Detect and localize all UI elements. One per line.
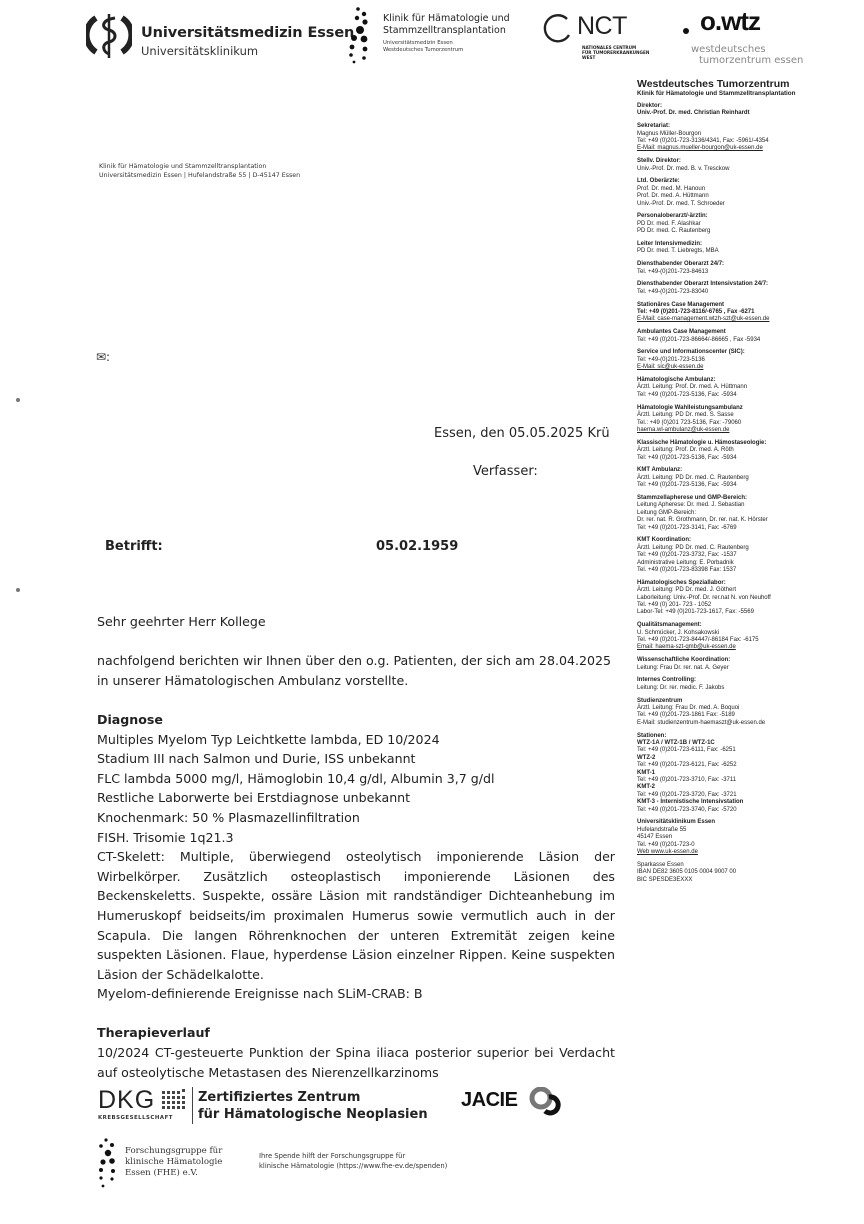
sidebar-block-line: Leitung: Frau Dr. rer. nat. A. Geyer: [637, 665, 862, 672]
dkg-cert-line1: Zertifiziertes Zentrum: [198, 1089, 428, 1106]
author-label: Verfasser:: [473, 464, 538, 479]
sidebar-contact-block: Universitätsklinikum EssenHufelandstraße…: [637, 819, 862, 856]
sidebar-contact-block: Hämatologische Ambulanz:Ärztl. Leitung: …: [637, 377, 862, 399]
sidebar-block-heading: Direktor:: [637, 103, 862, 110]
sidebar-block-heading: Sekretariat:: [637, 123, 862, 130]
sidebar-contact-block: Leiter Intensivmedizin:PD Dr. med. T. Li…: [637, 241, 862, 256]
clinic-logo-title: Klinik für Hämatologie und Stammzelltran…: [383, 13, 510, 37]
sidebar-contact-link[interactable]: E-Mail: magnus.mueller-bourgon@uk-essen.…: [637, 145, 862, 152]
sidebar-block-heading: Wissenschaftliche Koordination:: [637, 657, 862, 664]
sidebar-contact-block: Service und Informationscenter (SIC):Tel…: [637, 349, 862, 371]
therapy-text: 10/2024 CT-gesteuerte Punktion der Spina…: [97, 1043, 615, 1082]
sidebar-block-line: Tel. +49-(0)201-723-83040: [637, 289, 862, 296]
fhe-line1: Forschungsgruppe für: [125, 1146, 222, 1157]
sidebar-block-line: Tel: +49 (0)201-723-3732, Fax: -1537: [637, 552, 862, 559]
sidebar-block-line: Ärztl. Leitung: PD Dr. med. C. Rautenber…: [637, 545, 862, 552]
sidebar-contact-block: Internes Controlling:Leitung: Dr. rer. m…: [637, 677, 862, 692]
university-name: Universitätsmedizin Essen: [141, 25, 354, 41]
sidebar-block-line: Tel: +49 (0)201-723-86664/-86665 , Fax -…: [637, 337, 862, 344]
dkg-subtitle: KREBSGESELLSCHAFT: [98, 1115, 173, 1121]
sidebar-contact-block: Klassische Hämatologie u. Hämostaseologi…: [637, 440, 862, 462]
sidebar-block-line: Tel: +49 (0)201-723-3136/4341, Fax: -596…: [637, 138, 862, 145]
sidebar-block-heading: Stammzellapherese und GMP-Bereich:: [637, 495, 862, 502]
university-subtitle: Universitätsklinikum: [141, 44, 258, 58]
sidebar-block-line: WTZ-2: [637, 755, 862, 762]
sidebar-contact-block: Qualitätsmanagement:U. Schmücker, J. Koh…: [637, 622, 862, 652]
nct-logo-subtitle: NATIONALES CENTRUM FÜR TUMORERKRANKUNGEN…: [582, 45, 649, 60]
sidebar-block-line: Ärztl. Leitung: PD Dr. med. S. Sasse: [637, 412, 862, 419]
sidebar-block-line: Leitung GMP-Bereich:: [637, 510, 862, 517]
sidebar-block-line: Tel. +49 (0) 201- 723 - 1052: [637, 602, 862, 609]
sidebar-block-line: WTZ-1A / WTZ-1B / WTZ-1C: [637, 740, 862, 747]
sidebar-block-heading: Hämatologie Wahlleistungsambulanz: [637, 405, 862, 412]
sidebar-block-line: Leitung Apherese: Dr. med. J. Sebastian: [637, 502, 862, 509]
sidebar-contact-block: Ltd. Oberärzte:Prof. Dr. med. M. HanounP…: [637, 178, 862, 208]
sidebar-contact-link[interactable]: Email: haema-szt-qmb@uk-essen.de: [637, 644, 862, 651]
scan-speck: [16, 588, 20, 592]
sidebar-contact-block: Hämatologie WahlleistungsambulanzÄrztl. …: [637, 405, 862, 435]
sidebar-block-heading: Stellv. Direktor:: [637, 158, 862, 165]
sidebar-contact-block: Wissenschaftliche Koordination:Leitung: …: [637, 657, 862, 672]
clinic-logo-sub-line2: Westdeutsches Tumorzentrum: [383, 47, 463, 54]
dkg-certification: Zertifiziertes Zentrum für Hämatologisch…: [198, 1089, 428, 1123]
sidebar-block-line: BIC SPESDE3EXXX: [637, 877, 862, 884]
sidebar-block-heading: KMT Koordination:: [637, 537, 862, 544]
sidebar-block-line: Tel: +49 (0)201-723-5136, Fax: -5934: [637, 482, 862, 489]
dkg-dot-grid-icon: [162, 1089, 188, 1111]
sidebar-block-heading: Diensthabender Oberarzt 24/7:: [637, 261, 862, 268]
clinic-logo-sub-line1: Universitätsmedizin Essen: [383, 40, 463, 47]
sidebar-block-line: Tel: +49 (0)201-723-5136, Fax: -5934: [637, 392, 862, 399]
intro-paragraph: nachfolgend berichten wir Ihnen über den…: [97, 651, 615, 690]
nct-circle-logo-icon: [541, 13, 573, 45]
sidebar-block-heading: Diensthabender Oberarzt Intensivstation …: [637, 281, 862, 288]
sidebar-contact-block: Stellv. Direktor:Univ.-Prof. Dr. med. B.…: [637, 158, 862, 173]
sidebar-block-line: Magnus Müller-Bourgon: [637, 131, 862, 138]
fhe-dots-logo-icon: [98, 1137, 120, 1189]
patient-birthdate: 05.02.1959: [376, 539, 458, 554]
sidebar-block-line: Labor-Tel: +49 (0)201-723-1617, Fax: -55…: [637, 609, 862, 616]
sidebar-block-line: Tel. +49 (0)201-723-1861 Fax: -5189: [637, 712, 862, 719]
therapy-heading: Therapieverlauf: [97, 1023, 615, 1043]
contact-sidebar: Westdeutsches Tumorzentrum Klinik für Hä…: [637, 78, 862, 890]
spacer: [97, 1004, 615, 1024]
university-medicine-logo-icon: [86, 10, 132, 60]
diagnosis-line: FISH. Trisomie 1q21.3: [97, 828, 615, 848]
sidebar-block-heading: Internes Controlling:: [637, 677, 862, 684]
sidebar-block-line: Univ.-Prof. Dr. med. B. v. Tresckow: [637, 166, 862, 173]
sidebar-block-line: 45147 Essen: [637, 834, 862, 841]
sidebar-block-line: Hufelandstraße 55: [637, 827, 862, 834]
nct-logo-mark: NCT: [577, 12, 627, 41]
sidebar-contact-block: Diensthabender Oberarzt Intensivstation …: [637, 281, 862, 296]
sidebar-block-line: Sparkasse Essen: [637, 862, 862, 869]
sidebar-contact-block: KMT Koordination:Ärztl. Leitung: PD Dr. …: [637, 537, 862, 574]
sidebar-block-line: KMT-2: [637, 784, 862, 791]
sidebar-title: Westdeutsches Tumorzentrum: [637, 78, 862, 90]
sidebar-block-line: U. Schmücker, J. Kohsakowski: [637, 630, 862, 637]
sidebar-block-line: Univ.-Prof. Dr. med. Christian Reinhardt: [637, 110, 862, 117]
diagnosis-line: Stadium III nach Salmon und Durie, ISS u…: [97, 749, 615, 769]
sidebar-block-line: Tel. +49-(0)201-723-84613: [637, 269, 862, 276]
sidebar-contact-link[interactable]: E-Mail: case-management.wtzh-szt@uk-esse…: [637, 316, 862, 323]
sidebar-contact-block: Sekretariat:Magnus Müller-BourgonTel: +4…: [637, 123, 862, 153]
dkg-cert-line2: für Hämatologische Neoplasien: [198, 1106, 428, 1123]
dkg-logo-mark: DKG: [98, 1086, 155, 1115]
sidebar-contact-block: Stationäres Case ManagementTel: +49 (0)2…: [637, 302, 862, 324]
donation-note: Ihre Spende hilft der Forschungsgruppe f…: [259, 1151, 447, 1171]
sidebar-block-heading: Stationen:: [637, 733, 862, 740]
sidebar-block-line: Tel: +49 (0)201-723-3740, Fax: -5720: [637, 807, 862, 814]
sidebar-contact-block: Hämatologisches Speziallabor:Ärztl. Leit…: [637, 580, 862, 617]
sidebar-block-heading: KMT Ambulanz:: [637, 467, 862, 474]
sidebar-block-line: Tel: +49 (0)201-723-3710, Fax: -3711: [637, 777, 862, 784]
sidebar-block-heading: Qualitätsmanagement:: [637, 622, 862, 629]
sidebar-contact-block: Ambulantes Case ManagementTel: +49 (0)20…: [637, 329, 862, 344]
clinic-logo-title-line1: Klinik für Hämatologie und: [383, 13, 510, 25]
sidebar-contact-block: Stationen:WTZ-1A / WTZ-1B / WTZ-1CTel: +…: [637, 733, 862, 814]
sidebar-block-line: Ärztl. Leitung: Prof. Dr. med. A. Hüttma…: [637, 384, 862, 391]
sidebar-block-line: Ärztl. Leitung: Frau Dr. med. A. Boquoi: [637, 705, 862, 712]
sidebar-block-line: Dr. rer. nat. R. Grothmann, Dr. rer. nat…: [637, 517, 862, 524]
subject-label: Betrifft:: [105, 539, 163, 554]
sidebar-block-line: Ärztl. Leitung: Prof. Dr. med. A. Röth: [637, 447, 862, 454]
sidebar-block-line: Tel: +49-(0)201-723-5136: [637, 357, 862, 364]
fhe-name: Forschungsgruppe für klinische Hämatolog…: [125, 1146, 222, 1179]
clinic-logo-title-line2: Stammzelltransplantation: [383, 25, 510, 37]
sidebar-block-line: Leitung: Dr. rer. medic. F. Jakobs: [637, 685, 862, 692]
wtz-logo-subtitle: westdeutsches tumorzentrum essen: [691, 44, 803, 66]
sidebar-block-heading: Ambulantes Case Management: [637, 329, 862, 336]
sender-line2: Universitätsmedizin Essen | Hufelandstra…: [99, 171, 300, 180]
sidebar-block-line: Prof. Dr. med. M. Hanoun: [637, 186, 862, 193]
sidebar-block-line: Ärztl. Leitung: PD Dr. med. J. Göthert: [637, 587, 862, 594]
mail-envelope-icon: ✉:: [96, 350, 110, 364]
diagnosis-line: Knochenmark: 50 % Plasmazellinfiltration: [97, 808, 615, 828]
diagnosis-heading: Diagnose: [97, 710, 615, 730]
sidebar-contact-block: Personaloberarzt/-ärztin:PD Dr. med. F. …: [637, 213, 862, 235]
wtz-logo-mark: o.wtz: [700, 6, 760, 37]
sidebar-block-line: Tel: +49 (0)201-723-3720, Fax: -3721: [637, 792, 862, 799]
sidebar-block-line: KMT-1: [637, 770, 862, 777]
sidebar-block-line: Tel: +49 (0)201-723-8116/-6765 , Fax -62…: [637, 309, 862, 316]
sidebar-block-line: PD Dr. med. T. Liebregts, MBA: [637, 248, 862, 255]
scan-speck: [16, 398, 20, 402]
sidebar-contact-block: Sparkasse EssenIBAN DE82 3605 0105 0004 …: [637, 862, 862, 884]
sidebar-block-heading: Stationäres Case Management: [637, 302, 862, 309]
wtz-dot-icon: [683, 28, 689, 34]
sidebar-block-heading: Klassische Hämatologie u. Hämostaseologi…: [637, 440, 862, 447]
jacie-logo-mark: JACIE: [461, 1089, 517, 1112]
sidebar-contact-block: Diensthabender Oberarzt 24/7:Tel. +49-(0…: [637, 261, 862, 276]
sidebar-block-line: PD Dr. med. F. Alashkar: [637, 221, 862, 228]
diagnosis-line: FLC lambda 5000 mg/l, Hämoglobin 10,4 g/…: [97, 769, 615, 789]
sidebar-contact-block: Stammzellapherese und GMP-Bereich:Leitun…: [637, 495, 862, 532]
sidebar-block-line: KMT-3 - Internistische Intensivstation: [637, 799, 862, 806]
sidebar-block-line: Tel: +49 (0)201-723-3141, Fax: -6769: [637, 525, 862, 532]
sidebar-block-line: Tel: +49 (0)201-723-6121, Fax: -6252: [637, 762, 862, 769]
dkg-divider: [192, 1087, 193, 1124]
clinic-dots-logo-icon: [348, 6, 374, 64]
sidebar-block-line: Tel: +49 (0)201-723-5136, Fax: -5934: [637, 455, 862, 462]
ct-skeleton-findings: CT-Skelett: Multiple, überwiegend osteol…: [97, 847, 615, 984]
sidebar-block-line: Laborleitung: Univ.-Prof. Dr. rer.nat N.…: [637, 595, 862, 602]
sidebar-subtitle: Klinik für Hämatologie und Stammzelltran…: [637, 90, 862, 98]
sidebar-contact-blocks: Direktor:Univ.-Prof. Dr. med. Christian …: [637, 103, 862, 884]
diagnosis-line: Multiples Myelom Typ Leichtkette lambda,…: [97, 730, 615, 750]
sidebar-block-line: Tel. +49 (0)201-723-0: [637, 842, 862, 849]
donation-line1: Ihre Spende hilft der Forschungsgruppe f…: [259, 1151, 447, 1161]
greeting: Sehr geehrter Herr Kollege: [97, 612, 615, 632]
sidebar-block-line: IBAN DE82 3605 0105 0004 9007 00: [637, 869, 862, 876]
fhe-line3: Essen (FHE) e.V.: [125, 1168, 222, 1179]
slim-crab-line: Myelom-definierende Ereignisse nach SLiM…: [97, 984, 615, 1004]
sidebar-block-line: Ärztl. Leitung: PD Dr. med. C. Rautenber…: [637, 475, 862, 482]
sidebar-contact-link[interactable]: Web www.uk-essen.de: [637, 849, 862, 856]
sidebar-block-heading: Leiter Intensivmedizin:: [637, 241, 862, 248]
letter-date: Essen, den 05.05.2025 Krü: [434, 426, 610, 441]
sidebar-block-line: Univ.-Prof. Dr. med. T. Schroeder: [637, 201, 862, 208]
sidebar-block-heading: Service und Informationscenter (SIC):: [637, 349, 862, 356]
sidebar-block-line: Tel.: +49 (0)201 723-5136, Fax: -79060: [637, 420, 862, 427]
fhe-line2: klinische Hämatologie: [125, 1157, 222, 1168]
sender-address: Klinik für Hämatologie und Stammzelltran…: [99, 162, 300, 180]
sidebar-contact-block: Direktor:Univ.-Prof. Dr. med. Christian …: [637, 103, 862, 118]
wtz-sub-line2: tumorzentrum essen: [691, 55, 803, 66]
sidebar-block-heading: Studienzentrum: [637, 698, 862, 705]
sidebar-contact-link[interactable]: E-Mail: sic@uk-essen.de: [637, 364, 862, 371]
nct-sub-line3: WEST: [582, 55, 649, 60]
sender-line1: Klinik für Hämatologie und Stammzelltran…: [99, 162, 300, 171]
sidebar-block-line: Tel. +49 (0)201-723-84447/-86184 Fax: -6…: [637, 637, 862, 644]
sidebar-block-line: Administrative Leitung: E. Porbadnik: [637, 560, 862, 567]
sidebar-block-heading: Personaloberarzt/-ärztin:: [637, 213, 862, 220]
sidebar-block-line: Tel. +49 (0)201-723-83398 Fax: 1537: [637, 567, 862, 574]
sidebar-block-heading: Universitätsklinikum Essen: [637, 819, 862, 826]
donation-line2: klinische Hämatologie (https://www.fhe-e…: [259, 1161, 447, 1171]
sidebar-contact-block: KMT Ambulanz:Ärztl. Leitung: PD Dr. med.…: [637, 467, 862, 489]
sidebar-contact-block: StudienzentrumÄrztl. Leitung: Frau Dr. m…: [637, 698, 862, 728]
diagnosis-line: Restliche Laborwerte bei Erstdiagnose un…: [97, 788, 615, 808]
sidebar-block-line: Tel: +49 (0)201-723-6111, Fax: -6251: [637, 747, 862, 754]
sidebar-contact-link[interactable]: haema.wl-ambulanz@uk-essen.de: [637, 427, 862, 434]
sidebar-block-heading: Ltd. Oberärzte:: [637, 178, 862, 185]
letter-body: Sehr geehrter Herr Kollege nachfolgend b…: [97, 612, 615, 1082]
clinic-logo-subtitle: Universitätsmedizin Essen Westdeutsches …: [383, 40, 463, 54]
wtz-sub-line1: westdeutsches: [691, 44, 803, 55]
jacie-rings-icon: [527, 1087, 567, 1117]
sidebar-block-line: E-Mail: studienzentrum-haemaszt@uk-essen…: [637, 720, 862, 727]
sidebar-block-line: Prof. Dr. med. A. Hüttmann: [637, 193, 862, 200]
sidebar-block-line: PD Dr. med. C. Rautenberg: [637, 228, 862, 235]
